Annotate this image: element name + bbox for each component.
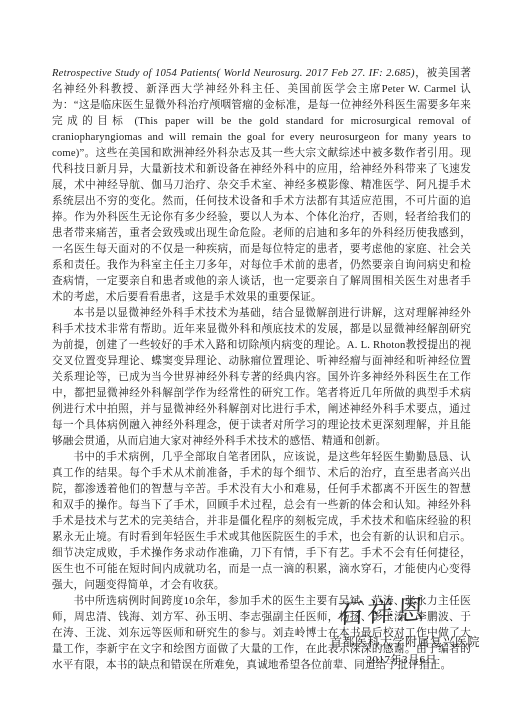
handwritten-signature: 石祥恩: [336, 588, 427, 632]
date-line: 2017年3月6日: [367, 651, 438, 667]
paragraph-1-body: ，被美国著名神经外科教授、新泽西大学神经外科主任、美国前医学会主席Peter W…: [52, 68, 471, 303]
citation-italic-lead: Retrospective Study of 1054 Patients( Wo…: [52, 68, 415, 79]
paragraph-1: Retrospective Study of 1054 Patients( Wo…: [52, 66, 471, 306]
signature-block: 石祥恩 首都医科大学附属复兴医院 2017年3月6日: [0, 588, 520, 688]
preface-text: Retrospective Study of 1054 Patients( Wo…: [52, 66, 471, 674]
paragraph-3: 书中的手术病例，几乎全部取自笔者团队，应该说，是这些年轻医生勤勤恳恳、认真工作的…: [52, 450, 471, 594]
paragraph-2: 本书是以显微神经外科手术技术为基础，结合显微解剖进行讲解，这对理解神经外科手术技…: [52, 306, 471, 450]
affiliation-line: 首都医科大学附属复兴医院: [330, 633, 480, 650]
book-page: Retrospective Study of 1054 Patients( Wo…: [0, 0, 520, 728]
